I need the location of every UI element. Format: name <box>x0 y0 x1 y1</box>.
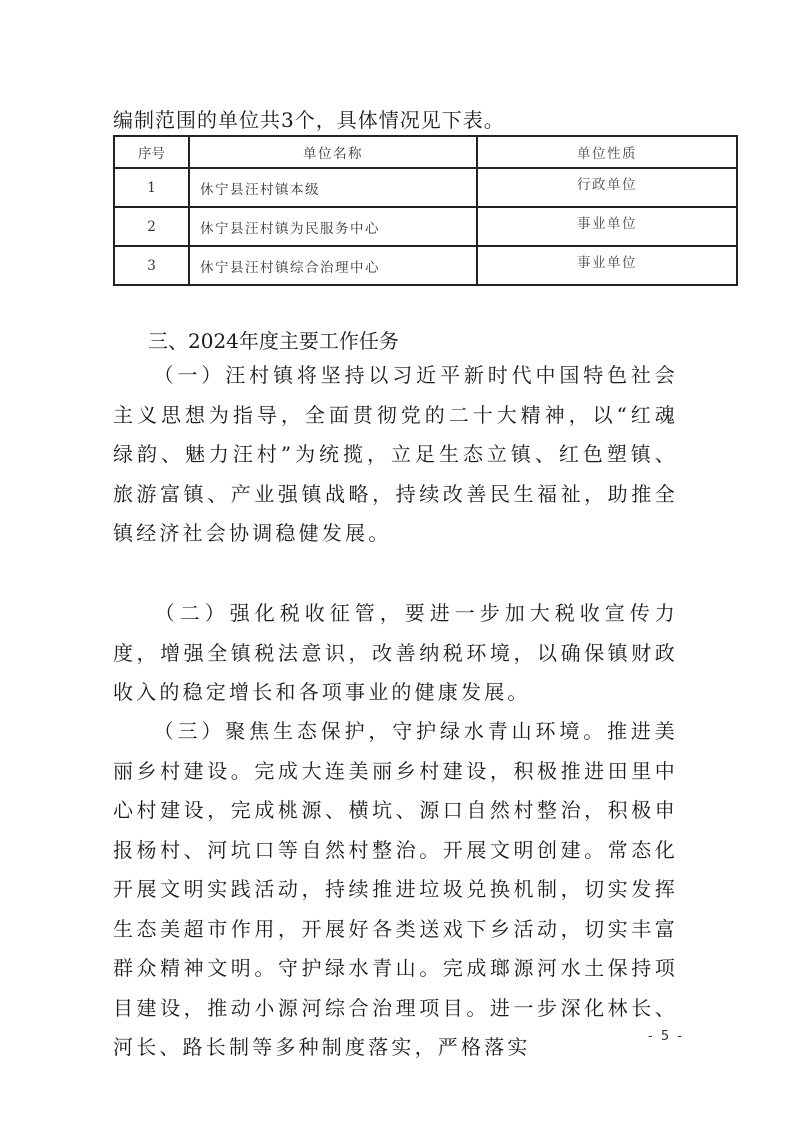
table-row: 2 休宁县汪村镇为民服务中心 事业单位 <box>114 207 737 246</box>
cell-no: 2 <box>114 207 189 246</box>
table-row: 1 休宁县汪村镇本级 行政单位 <box>114 168 737 207</box>
cell-type: 行政单位 <box>477 168 737 207</box>
section-heading: 三、2024年度主要工作任务 <box>148 325 399 354</box>
intro-text: 编制范围的单位共3个，具体情况见下表。 <box>113 104 505 133</box>
cell-name: 休宁县汪村镇综合治理中心 <box>189 246 477 285</box>
header-no: 序号 <box>114 136 189 168</box>
paragraph-text: （三）聚焦生态保护，守护绿水青山环境。推进美丽乡村建设。完成大连美丽乡村建设，积… <box>113 719 678 1059</box>
cell-type: 事业单位 <box>477 246 737 285</box>
page-number: - 5 - <box>648 1029 684 1044</box>
paragraph-2: （二）强化税收征管，要进一步加大税收宣传力度，增强全镇税法意识，改善纳税环境，以… <box>113 594 678 713</box>
cell-no: 3 <box>114 246 189 285</box>
cell-name: 休宁县汪村镇本级 <box>189 168 477 207</box>
cell-name: 休宁县汪村镇为民服务中心 <box>189 207 477 246</box>
cell-no: 1 <box>114 168 189 207</box>
paragraph-1: （一）汪村镇将坚持以习近平新时代中国特色社会主义思想为指导，全面贯彻党的二十大精… <box>113 356 678 554</box>
table-header-row: 序号 单位名称 单位性质 <box>114 136 737 168</box>
header-name: 单位名称 <box>189 136 477 168</box>
units-table: 序号 单位名称 单位性质 1 休宁县汪村镇本级 行政单位 2 休宁县汪村镇为民服… <box>113 135 738 286</box>
cell-type: 事业单位 <box>477 207 737 246</box>
paragraph-text: （二）强化税收征管，要进一步加大税收宣传力度，增强全镇税法意识，改善纳税环境，以… <box>113 601 678 704</box>
paragraph-3: （三）聚焦生态保护，守护绿水青山环境。推进美丽乡村建设。完成大连美丽乡村建设，积… <box>113 712 678 1068</box>
table-row: 3 休宁县汪村镇综合治理中心 事业单位 <box>114 246 737 285</box>
header-type: 单位性质 <box>477 136 737 168</box>
paragraph-text: （一）汪村镇将坚持以习近平新时代中国特色社会主义思想为指导，全面贯彻党的二十大精… <box>113 363 678 545</box>
